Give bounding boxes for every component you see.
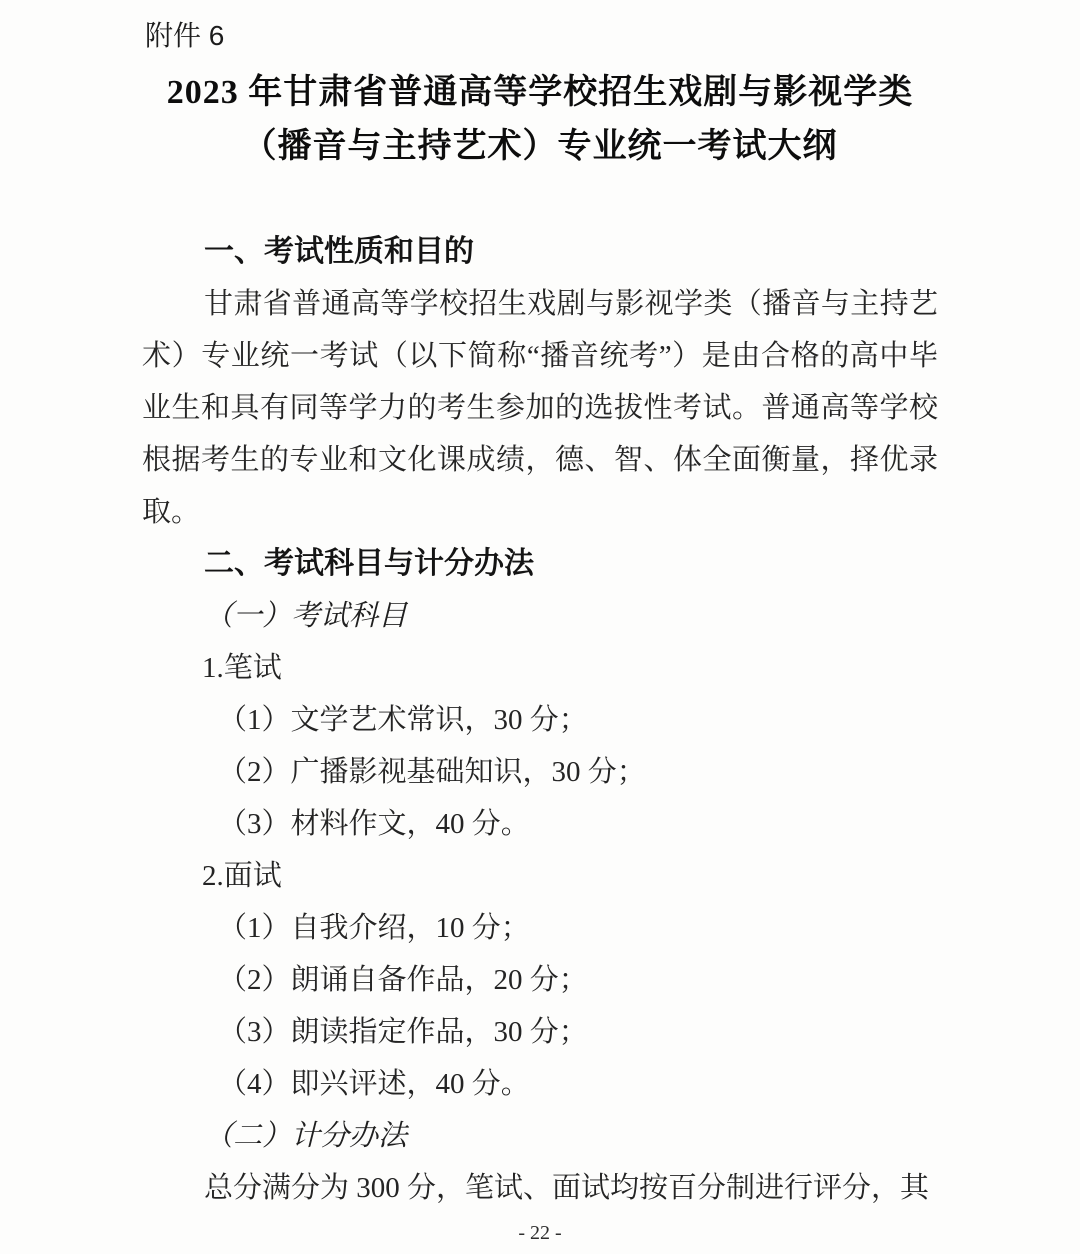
interview-item-4: （4）即兴评述，40 分。 xyxy=(142,1058,938,1110)
written-test-item-3: （3）材料作文，40 分。 xyxy=(142,798,938,850)
document-page: 附件 6 2023 年甘肃省普通高等学校招生戏剧与影视学类 （播音与主持艺术）专… xyxy=(0,0,1080,1254)
section-nature-heading: 一、考试性质和目的 xyxy=(142,226,938,278)
document-title-line-2: （播音与主持艺术）专业统一考试大纲 xyxy=(142,120,938,174)
written-test-heading: 1.笔试 xyxy=(142,642,938,694)
scoring-method-paragraph: 总分满分为 300 分，笔试、面试均按百分制进行评分，其 xyxy=(142,1162,938,1214)
written-test-item-2: （2）广播影视基础知识，30 分； xyxy=(142,746,938,798)
section-subjects-scoring-heading: 二、考试科目与计分办法 xyxy=(142,538,938,590)
page-number: - 22 - xyxy=(0,1220,1080,1246)
interview-item-1: （1）自我介绍，10 分； xyxy=(142,902,938,954)
interview-item-2: （2）朗诵自备作品，20 分； xyxy=(142,954,938,1006)
subsection-exam-subjects-heading: （一）考试科目 xyxy=(142,590,938,642)
section-nature-paragraph: 甘肃省普通高等学校招生戏剧与影视学类（播音与主持艺术）专业统一考试（以下简称“播… xyxy=(142,278,938,538)
subsection-scoring-method-heading: （二）计分办法 xyxy=(142,1110,938,1162)
written-test-item-1: （1）文学艺术常识，30 分； xyxy=(142,694,938,746)
attachment-label: 附件 6 xyxy=(142,14,938,58)
document-title-line-1: 2023 年甘肃省普通高等学校招生戏剧与影视学类 xyxy=(142,66,938,120)
interview-heading: 2.面试 xyxy=(142,850,938,902)
interview-item-3: （3）朗读指定作品，30 分； xyxy=(142,1006,938,1058)
document-title: 2023 年甘肃省普通高等学校招生戏剧与影视学类 （播音与主持艺术）专业统一考试… xyxy=(142,66,938,174)
